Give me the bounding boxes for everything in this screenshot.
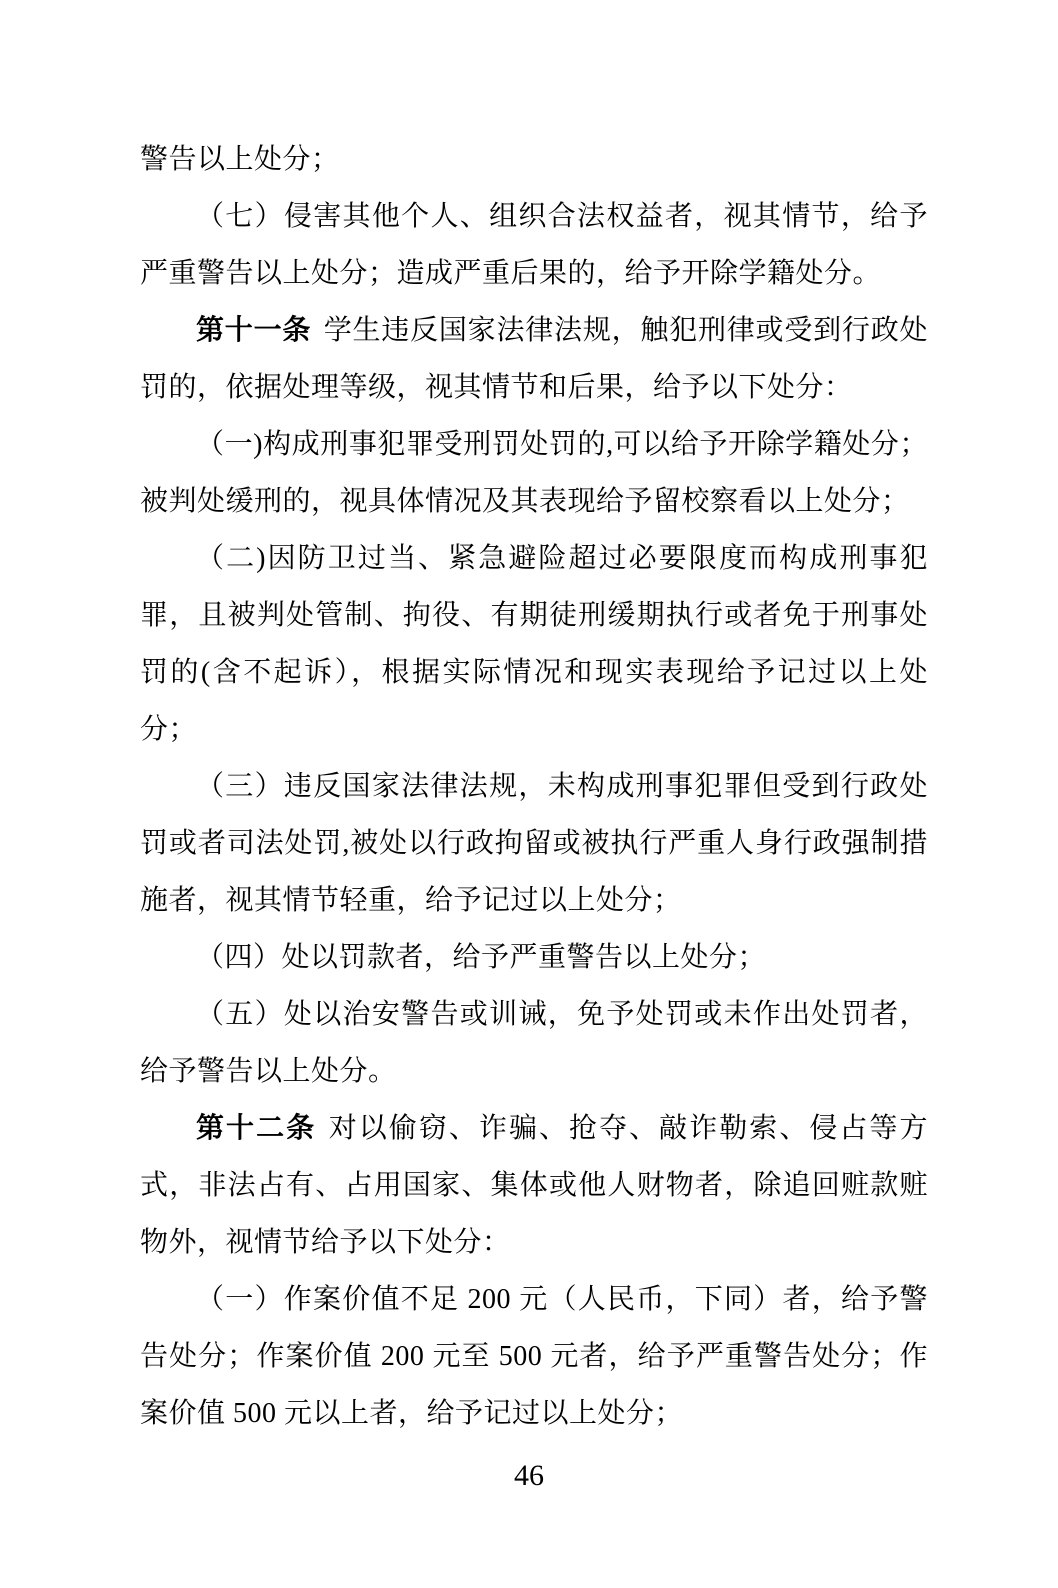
paragraph: （二)因防卫过当、紧急避险超过必要限度而构成刑事犯罪，且被判处管制、拘役、有期徒… xyxy=(140,530,928,758)
paragraph-text: （七）侵害其他个人、组织合法权益者，视其情节，给予严重警告以上处分；造成严重后果… xyxy=(140,201,928,289)
document-body: 警告以上处分； （七）侵害其他个人、组织合法权益者，视其情节，给予严重警告以上处… xyxy=(140,131,928,1442)
paragraph-text: （一）作案价值不足 200 元（人民币，下同）者，给予警告处分；作案价值 200… xyxy=(140,1284,928,1429)
paragraph: （七）侵害其他个人、组织合法权益者，视其情节，给予严重警告以上处分；造成严重后果… xyxy=(140,188,928,302)
paragraph: （四）处以罚款者，给予严重警告以上处分； xyxy=(140,929,928,986)
paragraph-text: （五）处以治安警告或训诫，免予处罚或未作出处罚者，给予警告以上处分。 xyxy=(140,999,928,1087)
page-number: 46 xyxy=(514,1459,544,1492)
page-footer: 46 xyxy=(0,1458,1058,1494)
document-page: 警告以上处分； （七）侵害其他个人、组织合法权益者，视其情节，给予严重警告以上处… xyxy=(0,0,1058,1588)
article-number: 第十一条 xyxy=(196,315,311,346)
paragraph: 第十二条对以偷窃、诈骗、抢夺、敲诈勒索、侵占等方式，非法占有、占用国家、集体或他… xyxy=(140,1100,928,1271)
paragraph-text: 警告以上处分； xyxy=(140,144,340,175)
paragraph: 第十一条学生违反国家法律法规，触犯刑律或受到行政处罚的，依据处理等级，视其情节和… xyxy=(140,302,928,416)
paragraph: （一）作案价值不足 200 元（人民币，下同）者，给予警告处分；作案价值 200… xyxy=(140,1271,928,1442)
paragraph: （三）违反国家法律法规，未构成刑事犯罪但受到行政处罚或者司法处罚,被处以行政拘留… xyxy=(140,758,928,929)
paragraph-text: （二)因防卫过当、紧急避险超过必要限度而构成刑事犯罪，且被判处管制、拘役、有期徒… xyxy=(140,543,928,745)
article-number: 第十二条 xyxy=(196,1113,316,1144)
paragraph-text: （一)构成刑事犯罪受刑罚处罚的,可以给予开除学籍处分；被判处缓刑的，视具体情况及… xyxy=(140,429,928,517)
paragraph: （五）处以治安警告或训诫，免予处罚或未作出处罚者，给予警告以上处分。 xyxy=(140,986,928,1100)
paragraph: 警告以上处分； xyxy=(140,131,928,188)
paragraph-text: （四）处以罚款者，给予严重警告以上处分； xyxy=(196,942,766,973)
paragraph: （一)构成刑事犯罪受刑罚处罚的,可以给予开除学籍处分；被判处缓刑的，视具体情况及… xyxy=(140,416,928,530)
paragraph-text: （三）违反国家法律法规，未构成刑事犯罪但受到行政处罚或者司法处罚,被处以行政拘留… xyxy=(140,771,928,916)
